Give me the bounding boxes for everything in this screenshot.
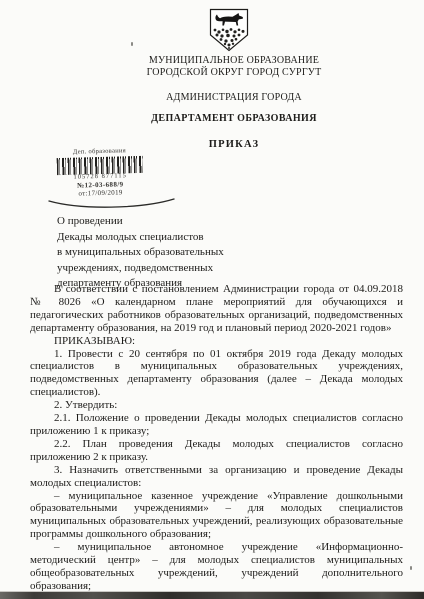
subject-line: Декады молодых специалистов	[57, 230, 272, 246]
registration-stamp: Деп. образования 105728 877115 №12-03-68…	[49, 147, 150, 198]
department-line: ДЕПАРТАМЕНТ ОБРАЗОВАНИЯ	[42, 113, 424, 125]
coat-of-arms-icon	[209, 8, 249, 52]
body-paragraph-order-word: ПРИКАЗЫВАЮ:	[30, 335, 403, 348]
body-paragraph-dash1: – муниципальное казенное учреждение «Упр…	[30, 490, 403, 542]
document-body: В соответствии с постановлением Админист…	[30, 283, 403, 593]
subject-line: учреждениях, подведомственных	[57, 261, 272, 277]
administration-line: АДМИНИСТРАЦИЯ ГОРОДА	[42, 92, 424, 104]
scan-speck	[131, 42, 133, 46]
pen-swoosh-mark	[46, 196, 178, 212]
body-paragraph-preamble: В соответствии с постановлением Админист…	[30, 283, 403, 335]
subject-line: О проведении	[57, 214, 272, 230]
body-paragraph-item3: 3. Назначить ответственными за организац…	[30, 464, 403, 490]
body-paragraph-item2: 2. Утвердить:	[30, 399, 403, 412]
org-name-line2: ГОРОДСКОЙ ОКРУГ ГОРОД СУРГУТ	[42, 67, 424, 79]
scan-edge	[0, 591, 424, 599]
body-paragraph-item2-2: 2.2. План проведения Декады молодых спец…	[30, 438, 403, 464]
subject-line: в муниципальных образовательных	[57, 245, 272, 261]
document-page: МУНИЦИПАЛЬНОЕ ОБРАЗОВАНИЕ ГОРОДСКОЙ ОКРУ…	[0, 0, 424, 599]
scan-speck	[410, 566, 412, 570]
body-paragraph-item2-1: 2.1. Положение о проведении Декады молод…	[30, 412, 403, 438]
subject-block: О проведении Декады молодых специалистов…	[57, 214, 272, 292]
org-name-line1: МУНИЦИПАЛЬНОЕ ОБРАЗОВАНИЕ	[42, 55, 424, 67]
body-paragraph-item1: 1. Провести с 20 сентября по 01 октября …	[30, 348, 403, 400]
body-paragraph-dash2: – муниципальное автономное учреждение «И…	[30, 541, 403, 593]
letterhead: МУНИЦИПАЛЬНОЕ ОБРАЗОВАНИЕ ГОРОДСКОЙ ОКРУ…	[42, 55, 424, 151]
